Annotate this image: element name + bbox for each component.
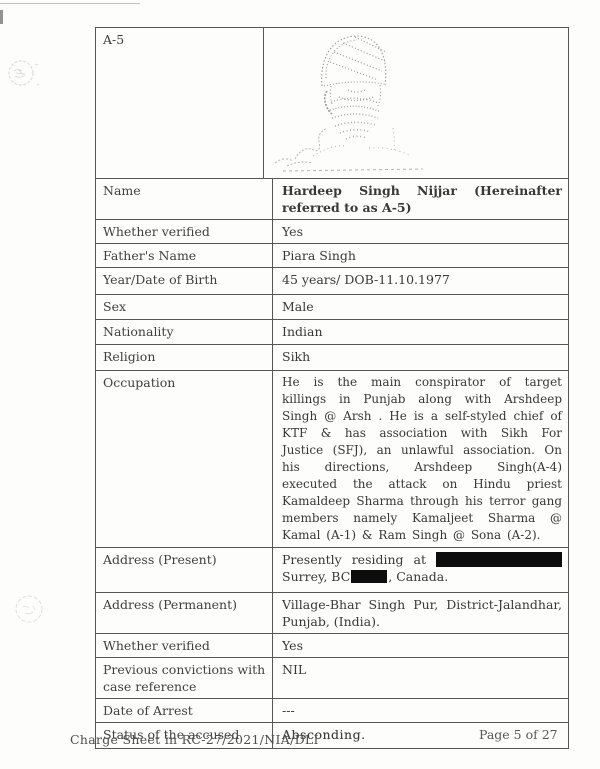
table-row-nationality: Nationality Indian <box>96 320 568 345</box>
row-label: Whether verified <box>96 220 273 243</box>
address-present-text: , Canada. <box>388 569 448 584</box>
row-label: Address (Present) <box>96 548 273 592</box>
table-row-date-of-birth: Year/Date of Birth 45 years/ DOB-11.10.1… <box>96 268 568 295</box>
previous-convictions-value: NIL <box>273 658 568 698</box>
table-row-occupation: Occupation He is the main conspirator of… <box>96 371 568 548</box>
table-row-religion: Religion Sikh <box>96 345 568 371</box>
table-row-name: Name Hardeep Singh Nijjar (Hereinafter r… <box>96 179 568 220</box>
row-label: Father's Name <box>96 244 273 267</box>
circular-stamp-top-icon <box>7 58 41 96</box>
footer-case-reference: Charge Sheet in RC-27/2021/NIA/DLI <box>70 732 319 747</box>
verified-value: Yes <box>273 634 568 657</box>
name-value: Hardeep Singh Nijjar (Hereinafter referr… <box>273 179 568 219</box>
occupation-value: He is the main conspirator of target kil… <box>273 371 568 547</box>
circular-stamp-bottom-icon <box>13 594 49 634</box>
row-label: Whether verified <box>96 634 273 657</box>
footer-page-number: Page 5 of 27 <box>479 727 558 742</box>
row-label: Previous convictions with case reference <box>96 658 273 698</box>
table-row-date-of-arrest: Date of Arrest --- <box>96 699 568 723</box>
table-row-whether-verified-2: Whether verified Yes <box>96 634 568 658</box>
table-row-whether-verified-1: Whether verified Yes <box>96 220 568 244</box>
nationality-value: Indian <box>273 320 568 344</box>
row-label: Year/Date of Birth <box>96 268 273 294</box>
date-of-birth-value: 45 years/ DOB-11.10.1977 <box>273 268 568 294</box>
verified-value: Yes <box>273 220 568 243</box>
row-label: Sex <box>96 295 273 319</box>
sex-value: Male <box>273 295 568 319</box>
table-row-fathers-name: Father's Name Piara Singh <box>96 244 568 268</box>
row-label: Religion <box>96 345 273 370</box>
table-row-previous-convictions: Previous convictions with case reference… <box>96 658 568 699</box>
date-of-arrest-value: --- <box>273 699 568 722</box>
address-present-text: Surrey, BC <box>282 569 350 584</box>
table-row-address-permanent: Address (Permanent) Village-Bhar Singh P… <box>96 593 568 634</box>
row-label: Date of Arrest <box>96 699 273 722</box>
row-label: Address (Permanent) <box>96 593 273 633</box>
redaction-box <box>436 552 562 567</box>
portrait-sketch <box>273 28 568 174</box>
accused-number-label: A-5 <box>96 28 264 178</box>
scan-artifact-mark <box>0 10 3 24</box>
accused-details-table: A-5 <box>95 27 569 749</box>
row-label: Name <box>96 179 273 219</box>
address-present-text: Presently residing at <box>282 551 426 568</box>
accused-photo-cell <box>264 28 568 178</box>
row-label: Nationality <box>96 320 273 344</box>
redaction-box <box>351 570 387 583</box>
scan-artifact-line <box>0 3 140 4</box>
row-label: Occupation <box>96 371 273 547</box>
table-row-address-present: Address (Present) Presently residing at … <box>96 548 568 593</box>
table-row-photo: A-5 <box>96 28 568 179</box>
religion-value: Sikh <box>273 345 568 370</box>
fathers-name-value: Piara Singh <box>273 244 568 267</box>
table-row-sex: Sex Male <box>96 295 568 320</box>
address-present-value: Presently residing at Surrey, BC, Canada… <box>273 548 568 592</box>
address-permanent-value: Village-Bhar Singh Pur, District-Jalandh… <box>273 593 568 633</box>
